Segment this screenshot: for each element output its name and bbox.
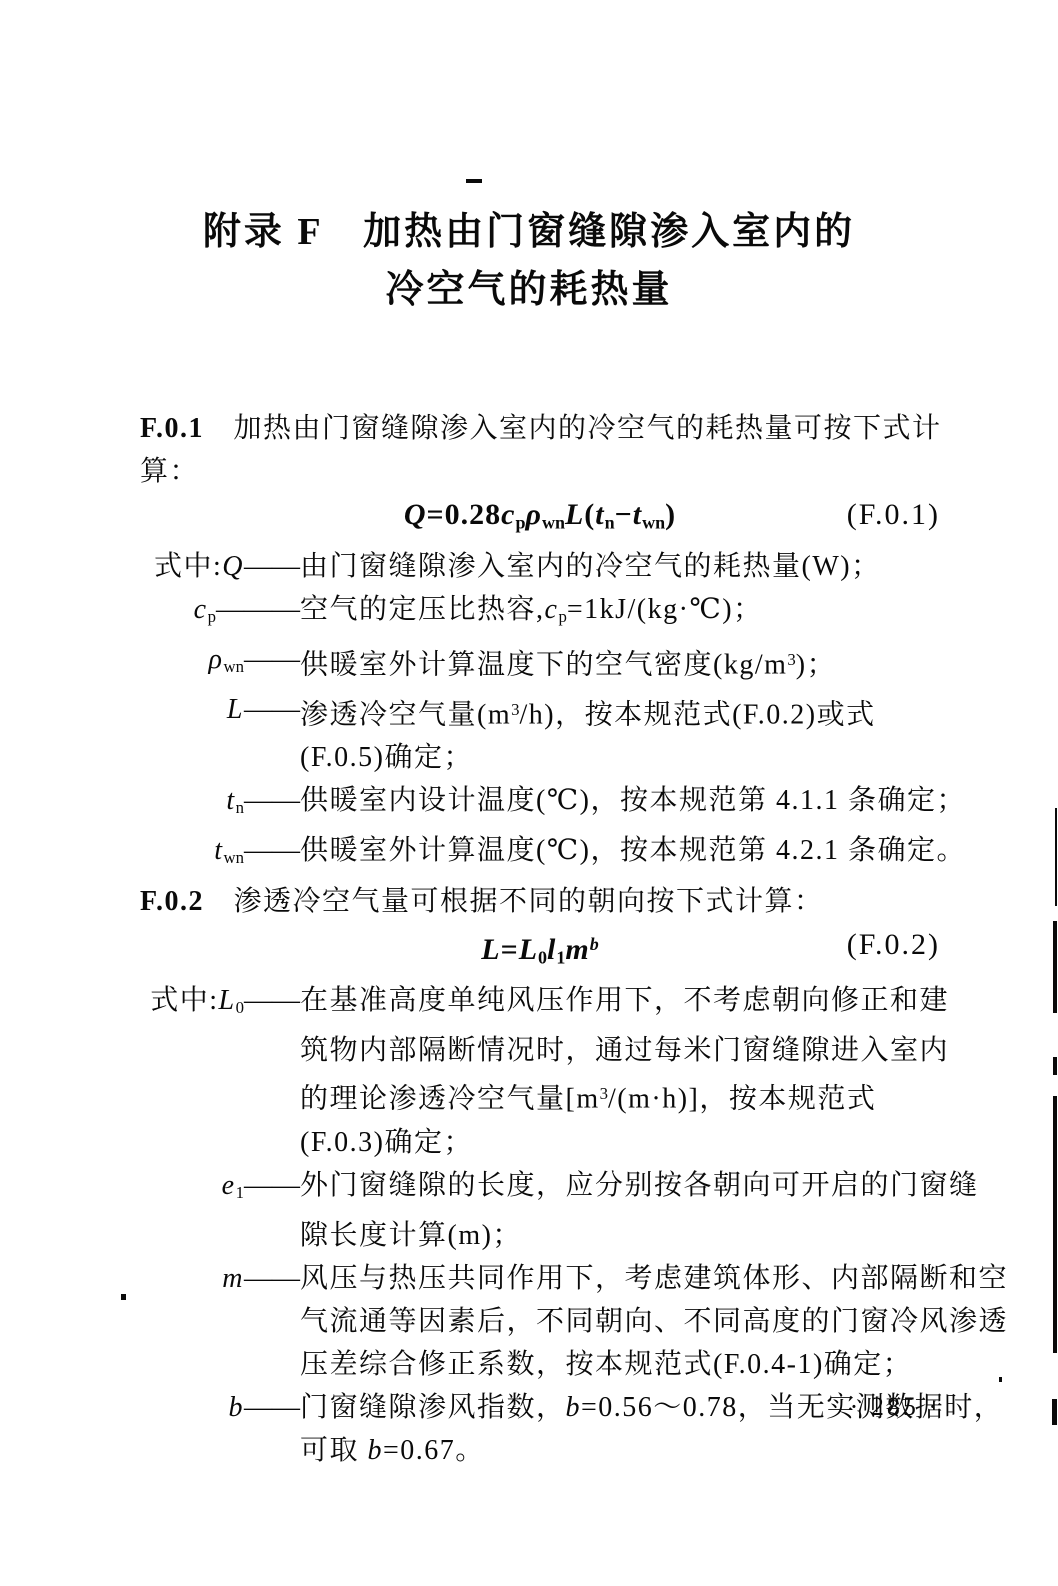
definition-q: 式中:Q—— 由门窗缝隙渗入室内的冷空气的耗热量(W)； bbox=[140, 545, 940, 588]
formula-f02-number: (F.0.2) bbox=[847, 923, 940, 966]
definition-cp-text: 空气的定压比热容,cp=1kJ/(kg·℃)； bbox=[300, 588, 940, 638]
definition-b-continuation: 可取 b=0.67。 bbox=[300, 1429, 940, 1472]
definition-m: m—— 风压与热压共同作用下，考虑建筑体形、内部隔断和空 bbox=[140, 1257, 940, 1300]
definition-e1-continuation: 隙长度计算(m)； bbox=[300, 1214, 940, 1257]
formula-f02: L=L0l1mb (F.0.2) bbox=[140, 923, 940, 980]
definition-l-text: 渗透冷空气量(m3/h)，按本规范式(F.0.2)或式 bbox=[300, 688, 940, 736]
formula-f02-expression: L=L0l1mb bbox=[481, 933, 598, 966]
clause-f01-line-1: F.0.1 加热由门窗缝隙渗入室内的冷空气的耗热量可按下式计 bbox=[140, 407, 940, 450]
definition-l0-symbol: 式中:L0—— bbox=[140, 979, 300, 1029]
definition-q-symbol: 式中:Q—— bbox=[140, 545, 300, 588]
appendix-title: 附录 F 加热由门窗缝隙渗入室内的 冷空气的耗热量 bbox=[0, 0, 1058, 319]
scan-artifact-edge-bar-4 bbox=[1053, 1096, 1057, 1353]
definition-l0-continuation-2: 的理论渗透冷空气量[m3/(m·h)]，按本规范式 bbox=[300, 1072, 940, 1120]
scan-artifact-edge-bar-1 bbox=[1055, 808, 1057, 906]
definition-twn: twn—— 供暖室外计算温度(℃)，按本规范第 4.2.1 条确定。 bbox=[140, 829, 940, 879]
clause-f01-line-2: 算： bbox=[140, 450, 940, 493]
formula-f01-number: (F.0.1) bbox=[847, 493, 940, 536]
definition-e1-text: 外门窗缝隙的长度，应分别按各朝向可开启的门窗缝 bbox=[300, 1164, 979, 1214]
definition-cp-symbol: cp——— bbox=[140, 588, 300, 638]
definition-rho-wn: ρwn—— 供暖室外计算温度下的空气密度(kg/m3)； bbox=[140, 638, 940, 688]
clause-f02-line-1: F.0.2 渗透冷空气量可根据不同的朝向按下式计算： bbox=[140, 880, 940, 923]
scan-artifact-margin-dot bbox=[121, 1294, 126, 1300]
definition-b: b—— 门窗缝隙渗风指数，b=0.56～0.78，当无实测数据时， bbox=[140, 1386, 940, 1429]
definition-m-continuation-2: 压差综合修正系数，按本规范式(F.0.4-1)确定； bbox=[300, 1343, 940, 1386]
definition-l0-text: 在基准高度单纯风压作用下，不考虑朝向修正和建 bbox=[300, 979, 949, 1029]
definition-l-symbol: L—— bbox=[140, 688, 300, 736]
definition-l0-continuation-1: 筑物内部隔断情况时，通过每米门窗缝隙进入室内 bbox=[300, 1029, 940, 1072]
definition-rho-wn-text: 供暖室外计算温度下的空气密度(kg/m3)； bbox=[300, 638, 940, 688]
definition-e1: e1—— 外门窗缝隙的长度，应分别按各朝向可开启的门窗缝 bbox=[140, 1164, 940, 1214]
definition-rho-wn-symbol: ρwn—— bbox=[140, 638, 300, 688]
definition-twn-symbol: twn—— bbox=[140, 829, 300, 879]
definition-l-continuation: (F.0.5)确定； bbox=[300, 736, 940, 779]
scanned-document-page: { "colors": { "ink": "#0a0a0a", "paper":… bbox=[0, 0, 1058, 1586]
document-body: F.0.1 加热由门窗缝隙渗入室内的冷空气的耗热量可按下式计 算： Q=0.28… bbox=[0, 407, 1058, 1472]
definition-cp: cp——— 空气的定压比热容,cp=1kJ/(kg·℃)； bbox=[140, 588, 940, 638]
definition-l0: 式中:L0—— 在基准高度单纯风压作用下，不考虑朝向修正和建 bbox=[140, 979, 940, 1029]
definition-m-continuation-1: 气流通等因素后，不同朝向、不同高度的门窗冷风渗透 bbox=[300, 1300, 940, 1343]
definition-l: L—— 渗透冷空气量(m3/h)，按本规范式(F.0.2)或式 bbox=[140, 688, 940, 736]
scan-artifact-small-dot bbox=[999, 1377, 1002, 1382]
page-number: · 285 · bbox=[850, 1392, 940, 1422]
definition-tn-symbol: tn—— bbox=[140, 779, 300, 829]
scan-artifact-edge-bar-3 bbox=[1053, 1057, 1057, 1075]
definition-tn: tn—— 供暖室内设计温度(℃)，按本规范第 4.1.1 条确定； bbox=[140, 779, 940, 829]
definition-tn-text: 供暖室内设计温度(℃)，按本规范第 4.1.1 条确定； bbox=[300, 779, 966, 829]
formula-f01: Q=0.28cpρwnL(tn−twn) (F.0.1) bbox=[140, 493, 940, 545]
definition-e1-symbol: e1—— bbox=[140, 1164, 300, 1214]
scan-artifact-edge-bar-5 bbox=[1052, 1399, 1057, 1425]
appendix-title-line-2: 冷空气的耗热量 bbox=[0, 261, 1058, 319]
formula-f01-expression: Q=0.28cpρwnL(tn−twn) bbox=[404, 498, 676, 531]
scan-artifact-edge-bar-2 bbox=[1053, 921, 1057, 1013]
appendix-title-line-1: 附录 F 加热由门窗缝隙渗入室内的 bbox=[0, 203, 1058, 261]
definition-m-text: 风压与热压共同作用下，考虑建筑体形、内部隔断和空 bbox=[300, 1257, 1008, 1300]
definition-b-symbol: b—— bbox=[140, 1386, 300, 1429]
definition-q-text: 由门窗缝隙渗入室内的冷空气的耗热量(W)； bbox=[300, 545, 940, 588]
definition-twn-text: 供暖室外计算温度(℃)，按本规范第 4.2.1 条确定。 bbox=[300, 829, 966, 879]
definition-l0-continuation-3: (F.0.3)确定； bbox=[300, 1121, 940, 1164]
scan-artifact-top-dash bbox=[466, 179, 482, 183]
definition-m-symbol: m—— bbox=[140, 1257, 300, 1300]
